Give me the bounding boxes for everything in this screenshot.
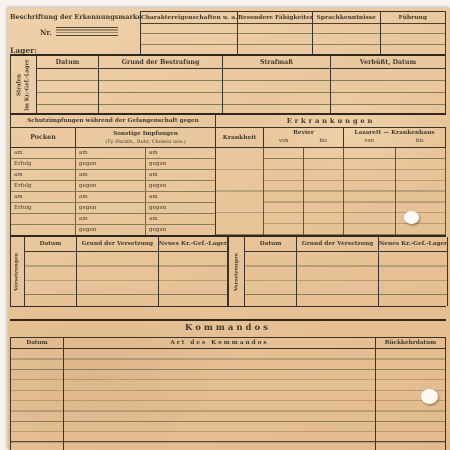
vaccination-row: gegengegen [11, 225, 215, 235]
transfers-main: Datum Grund der Versetzung Neues Kr.-Gef… [25, 237, 228, 306]
transfers-side-label-cell: Versetzungen [229, 237, 245, 306]
vaccination-row: amamam [11, 148, 215, 159]
col-header-fuehrung: Führung [381, 12, 446, 24]
cell [11, 225, 76, 235]
vaccination-row: amamam [11, 170, 215, 181]
empty-ruled-row [381, 34, 446, 44]
cell: Erfolg [11, 181, 76, 191]
cell: gegen [76, 203, 146, 213]
vaccinations-body: amamam Erfolggegengegen amamam Erfolggeg… [11, 148, 215, 235]
empty-ruled-row [313, 34, 380, 44]
col-header-pocken: Pocken [11, 128, 76, 147]
punishments-main: Datum Grund der Bestrafung Strafmaß Verb… [37, 56, 446, 113]
transfers-side-label-cell: Versetzungen [11, 237, 25, 306]
kommandos-header-row: Datum Art des Kommandos Rückkehrdatum [11, 337, 446, 349]
nr-row: Nr. [40, 27, 138, 37]
col-header-charakter: Charaktereigenschaften u. a. [141, 12, 237, 24]
transfers-header-row: Datum Grund der Versetzung Neues Kr.-Gef… [245, 237, 448, 252]
empty-ruled-row [313, 45, 380, 54]
col-header-lazarett: Lazarett — Krankenhaus von bis [344, 128, 446, 147]
col-fuehrung: Führung [381, 12, 447, 54]
von-label: von [264, 138, 304, 147]
lazarett-title: Lazarett — Krankenhaus [344, 128, 445, 138]
col-header-faehigkeiten: Besondere Fähigkeiten [238, 12, 312, 24]
transfers-header-row: Datum Grund der Versetzung Neues Kr.-Gef… [25, 237, 228, 252]
col-header-grund-versetzung: Grund der Versetzung [297, 237, 379, 251]
kommandos-top-rule [10, 319, 446, 321]
col-header-sprache: Sprachkenntnisse [313, 12, 380, 24]
nr-write-lines [56, 27, 118, 37]
empty-ruled-row [381, 24, 446, 34]
col-header-revier: Revier von bis [264, 128, 344, 147]
cell [11, 214, 76, 224]
kommandos-heavy-rule [10, 441, 446, 442]
vaccinations-table: Schutzimpfungen während der Gefangenscha… [11, 115, 216, 235]
empty-column [304, 148, 344, 235]
cell: gegen [76, 159, 146, 169]
col-header-strafmass: Strafmaß [223, 56, 331, 68]
col-header-krankheit: Krankheit [216, 128, 264, 147]
cell: gegen [76, 225, 146, 235]
side-label-line2: im Kr.-Gef.-Lager [24, 59, 32, 110]
cell: am [11, 192, 76, 202]
cell: am [76, 170, 146, 180]
side-label-line1: Strafen [16, 59, 24, 110]
empty-ruled-row [238, 24, 312, 34]
empty-column [396, 148, 446, 235]
punishments-body [37, 69, 446, 113]
punishments-header-row: Datum Grund der Bestrafung Strafmaß Verb… [37, 56, 446, 69]
empty-ruled-row [238, 34, 312, 44]
illnesses-header-row: Krankheit Revier von bis Lazarett — Kran… [216, 128, 446, 148]
cell: am [11, 148, 76, 158]
kommandos-table: Datum Art des Kommandos Rückkehrdatum [10, 337, 446, 450]
bis-label: bis [304, 138, 344, 147]
pow-record-card: Beschriftung der Erkennungsmarke Nr. Lag… [0, 0, 450, 450]
hole-punch [404, 211, 419, 224]
transfers-body [245, 252, 448, 306]
cell: am [76, 214, 146, 224]
cell: am [146, 148, 215, 158]
empty-column [77, 252, 159, 306]
sonstige-subtitle: (Ty.-Parath., Ruhr, Cholera usw.) [76, 139, 215, 145]
col-header-rueckkehrdatum: Rückkehrdatum [376, 338, 446, 348]
traits-table: Charaktereigenschaften u. a. Besondere F… [140, 11, 446, 54]
kommandos-title: Kommandos [10, 323, 446, 333]
bis-label: bis [395, 138, 446, 147]
transfers-table-right: Versetzungen Datum Grund der Versetzung … [229, 237, 448, 306]
col-header-datum: Datum [37, 56, 99, 68]
empty-column [11, 349, 64, 450]
col-besondere-faehigkeiten: Besondere Fähigkeiten [238, 12, 313, 54]
empty-ruled-row [141, 45, 237, 54]
empty-column [264, 148, 304, 235]
revier-title: Revier [264, 128, 343, 138]
empty-ruled-row [313, 24, 380, 34]
col-header-neues-lager: Neues Kr.-Gef.-Lager [379, 237, 448, 251]
cell: am [146, 214, 215, 224]
sonstige-title: Sonstige Impfungen [76, 130, 215, 139]
cell: gegen [146, 181, 215, 191]
vaccination-row: Erfolggegengegen [11, 203, 215, 214]
empty-column [64, 349, 376, 450]
empty-ruled-row [238, 45, 312, 54]
vaccination-row: Erfolggegengegen [11, 159, 215, 170]
empty-column [159, 252, 228, 306]
empty-column [216, 148, 264, 235]
empty-column [245, 252, 297, 306]
transfers-body [25, 252, 228, 306]
col-header-datum: Datum [11, 338, 64, 348]
id-tag-title: Beschriftung der Erkennungsmarke [10, 13, 138, 21]
punishments-side-label-cell: Strafen im Kr.-Gef.-Lager [11, 56, 37, 113]
nr-label: Nr. [40, 28, 52, 37]
empty-column [99, 69, 223, 113]
empty-ruled-row [381, 45, 446, 54]
empty-column [379, 252, 448, 306]
col-header-grund-bestrafung: Grund der Bestrafung [99, 56, 223, 68]
col-header-sonstige: Sonstige Impfungen (Ty.-Parath., Ruhr, C… [76, 128, 215, 147]
col-header-datum: Datum [25, 237, 77, 251]
cell: gegen [76, 181, 146, 191]
cell: am [76, 192, 146, 202]
punishments-table: Strafen im Kr.-Gef.-Lager Datum Grund de… [10, 54, 446, 115]
col-header-art-des-kommandos: Art des Kommandos [64, 338, 376, 348]
vaccination-row: amam [11, 214, 215, 225]
vaccination-row: Erfolggegengegen [11, 181, 215, 192]
vaccinations-subheader-row: Pocken Sonstige Impfungen (Ty.-Parath., … [11, 128, 215, 148]
transfers-main: Datum Grund der Versetzung Neues Kr.-Gef… [245, 237, 448, 306]
transfers-side-label: Versetzungen [233, 253, 240, 291]
col-charaktereigenschaften: Charaktereigenschaften u. a. [141, 12, 238, 54]
transfers-table-left: Versetzungen Datum Grund der Versetzung … [11, 237, 229, 306]
cell: am [146, 192, 215, 202]
transfers-section: Versetzungen Datum Grund der Versetzung … [10, 235, 446, 307]
cell: gegen [146, 203, 215, 213]
cell: Erfolg [11, 159, 76, 169]
vaccination-row: amamam [11, 192, 215, 203]
empty-ruled-row [141, 24, 237, 34]
col-sprachkenntnisse: Sprachkenntnisse [313, 12, 381, 54]
von-label: von [344, 138, 395, 147]
vaccinations-span-header: Schutzimpfungen während der Gefangenscha… [11, 115, 215, 128]
cell: am [76, 148, 146, 158]
empty-column [297, 252, 379, 306]
illnesses-title: Erkrankungen [216, 115, 446, 128]
transfers-side-label: Versetzungen [14, 253, 21, 291]
cell: am [11, 170, 76, 180]
empty-ruled-row [141, 34, 237, 44]
cell: am [146, 170, 215, 180]
empty-column [25, 252, 77, 306]
health-section: Schutzimpfungen während der Gefangenscha… [10, 115, 446, 235]
empty-column [223, 69, 331, 113]
kommandos-body [11, 349, 446, 450]
empty-column [37, 69, 99, 113]
cell: gegen [146, 159, 215, 169]
punishments-side-label: Strafen im Kr.-Gef.-Lager [16, 59, 31, 110]
col-header-neues-lager: Neues Kr.-Gef.-Lager [159, 237, 228, 251]
cell: gegen [146, 225, 215, 235]
id-tag-block: Beschriftung der Erkennungsmarke Nr. Lag… [10, 13, 138, 55]
empty-column [331, 69, 446, 113]
col-header-verbuesst: Verbüßt, Datum [331, 56, 446, 68]
empty-column [344, 148, 396, 235]
col-header-datum: Datum [245, 237, 297, 251]
col-header-grund-versetzung: Grund der Versetzung [77, 237, 159, 251]
cell: Erfolg [11, 203, 76, 213]
hole-punch [421, 389, 438, 404]
